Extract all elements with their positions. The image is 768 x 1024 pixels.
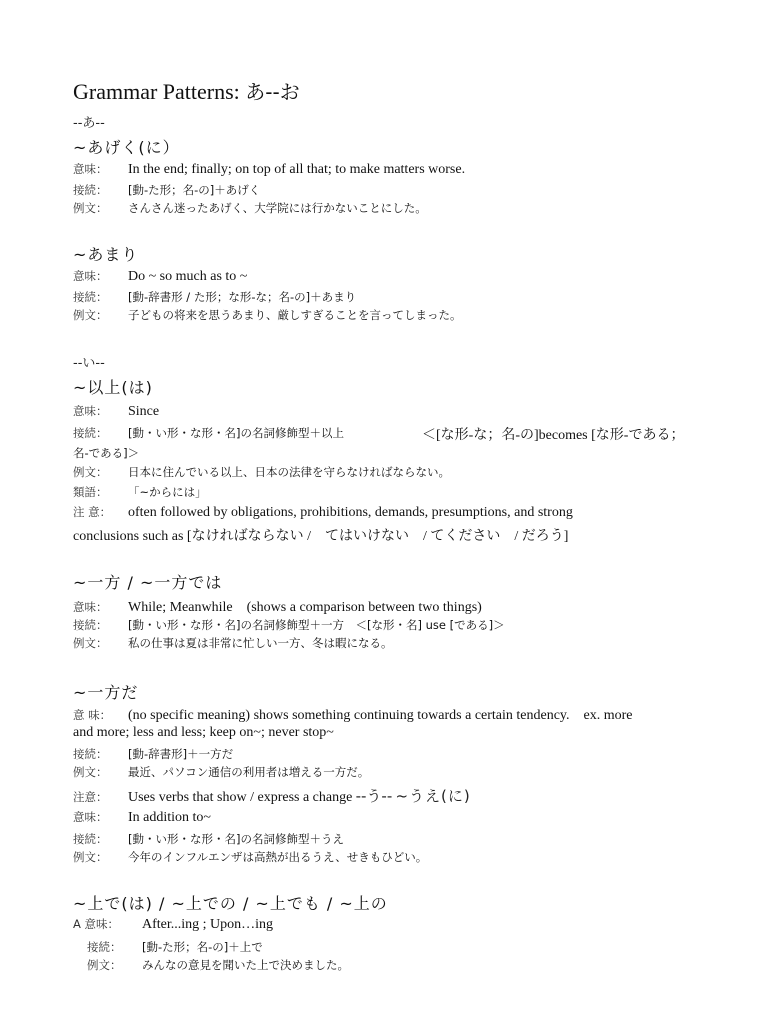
example-label: 例文： (73, 307, 128, 323)
meaning-row: A 意味：After...ing ; Upon…ing (73, 916, 273, 933)
document-page: Grammar Patterns: あ--お --あ-- ~あげく(に） 意味：… (0, 0, 768, 1024)
note-row: 注 意：often followed by obligations, prohi… (73, 504, 573, 521)
connection-label: 接続： (73, 182, 128, 198)
connection-row: 接続：[動・い形・な形・名]の名詞修飾型＋うえ (73, 831, 344, 847)
meaning-label: 意味： (73, 403, 128, 419)
meaning-label: 意 味： (73, 707, 128, 723)
example-label: 例文： (73, 200, 128, 216)
note-label: 注 意： (73, 504, 128, 520)
page-title: Grammar Patterns: あ--お (73, 76, 300, 105)
connection-row: 接続：[動・い形・な形・名]の名詞修飾型＋以上 (73, 425, 344, 441)
connection-text: [動-た形；名-の]＋あげく (128, 183, 260, 197)
connection-text: [動・い形・な形・名]の名詞修飾型＋一方 ＜[な形・名] use [である]＞ (128, 618, 505, 632)
section-header-a: --あ-- (73, 112, 105, 131)
pattern-amari: ~あまり (73, 242, 138, 265)
example-label: 例文： (87, 957, 142, 973)
connection-label: 接続： (73, 746, 128, 762)
meaning-row: 意味：While; Meanwhile (shows a comparison … (73, 596, 482, 616)
example-label: 例文： (73, 464, 128, 480)
meaning-text: (no specific meaning) shows something co… (128, 708, 633, 723)
connection-label: 接続： (87, 939, 142, 955)
synonym-label: 類語： (73, 484, 128, 500)
note-label: 注意： (73, 789, 128, 805)
meaning-row: 意味：Since (73, 403, 159, 420)
meaning-text: Do ~ so much as to ~ (128, 269, 247, 284)
example-text: みんなの意見を聞いた上で決めました。 (142, 958, 349, 972)
connection-label: 接続： (73, 425, 128, 441)
example-row: 例文：みんなの意見を聞いた上で決めました。 (87, 957, 349, 973)
connection-row: 接続：[動-た形；名-の]＋上で (87, 939, 263, 955)
note-text: often followed by obligations, prohibiti… (128, 505, 573, 520)
meaning-row: 意味：Do ~ so much as to ~ (73, 268, 247, 285)
example-row: 例文：さんさん迷ったあげく、大学院には行かないことにした。 (73, 200, 427, 216)
meaning-text: In the end; finally; on top of all that;… (128, 162, 465, 177)
meaning-row: 意味：In addition to~ (73, 809, 211, 826)
meaning-label: A 意味： (73, 916, 142, 932)
connection-note-line1: ＜[な形-な；名-の]becomes [な形-である； (422, 428, 684, 443)
connection-label: 接続： (73, 831, 128, 847)
connection-label: 接続： (73, 289, 128, 305)
note-text: Uses verbs that show / express a change (128, 790, 352, 805)
section-header-u: --う-- (356, 787, 393, 805)
example-text: 日本に住んでいる以上、日本の法律を守らなければならない。 (128, 465, 450, 479)
meaning-text: Since (128, 404, 159, 419)
connection-label: 接続： (73, 617, 128, 633)
meaning-text: After...ing ; Upon…ing (142, 917, 273, 932)
connection-row: 接続：[動-辞書形]＋一方だ (73, 746, 233, 762)
meaning-label: 意味： (73, 268, 128, 284)
note-continuation: conclusions such as [なければならない / てはいけない /… (73, 525, 568, 545)
synonym-text: 「~からには」 (128, 485, 207, 499)
example-row: 例文：私の仕事は夏は非常に忙しい一方、冬は暇になる。 (73, 635, 393, 651)
pattern-ippouda: ~一方だ (73, 680, 138, 703)
connection-row: 接続：[動-た形；名-の]＋あげく (73, 182, 260, 198)
example-text: さんさん迷ったあげく、大学院には行かないことにした。 (128, 201, 427, 215)
connection-text: [動-辞書形 / た形；な形-な；名-の]＋あまり (128, 290, 356, 304)
example-row: 例文：最近、パソコン通信の利用者は増える一方だ。 (73, 764, 369, 780)
example-text: 最近、パソコン通信の利用者は増える一方だ。 (128, 765, 369, 779)
page-title-en: Grammar Patterns: (73, 79, 240, 104)
meaning-row: 意 味：(no specific meaning) shows somethin… (73, 704, 633, 724)
meaning-text: In addition to~ (128, 810, 211, 825)
pattern-ippou: ~一方 / ~一方では (73, 570, 222, 593)
meaning-label: 意味： (73, 809, 128, 825)
meaning-row: 意味：In the end; finally; on top of all th… (73, 161, 465, 178)
connection-text: [動-た形；名-の]＋上で (142, 940, 263, 954)
meaning-continuation: and more; less and less; keep on~; never… (73, 725, 334, 741)
meaning-text: While; Meanwhile (shows a comparison bet… (128, 600, 482, 615)
meaning-label: 意味： (73, 599, 128, 615)
synonym-row: 類語：「~からには」 (73, 484, 207, 500)
example-text: 私の仕事は夏は非常に忙しい一方、冬は暇になる。 (128, 636, 393, 650)
example-label: 例文： (73, 764, 128, 780)
connection-note-line2: 名-である]＞ (73, 446, 139, 460)
example-text: 今年のインフルエンザは高熱が出るうえ、せきもひどい。 (128, 850, 427, 864)
connection-text: [動・い形・な形・名]の名詞修飾型＋以上 (128, 426, 344, 440)
example-text: 子どもの将来を思うあまり、厳しすぎることを言ってしまった。 (128, 308, 462, 322)
pattern-uede: ~上で(は) / ~上での / ~上でも / ~上の (73, 891, 388, 914)
section-header-i: --い-- (73, 352, 105, 371)
page-title-jp: あ--お (245, 80, 299, 104)
connection-row: 接続：[動・い形・な形・名]の名詞修飾型＋一方 ＜[な形・名] use [である… (73, 617, 505, 633)
connection-row: 接続：[動-辞書形 / た形；な形-な；名-の]＋あまり (73, 289, 356, 305)
pattern-ijou: ~以上(は) (73, 375, 153, 398)
connection-text: [動・い形・な形・名]の名詞修飾型＋うえ (128, 832, 344, 846)
connection-note: ＜[な形-な；名-の]becomes [な形-である； (422, 424, 684, 444)
connection-text: [動-辞書形]＋一方だ (128, 747, 233, 761)
example-row: 例文：子どもの将来を思うあまり、厳しすぎることを言ってしまった。 (73, 307, 462, 323)
pattern-ageku: ~あげく(に） (73, 135, 180, 158)
meaning-label: 意味： (73, 161, 128, 177)
example-label: 例文： (73, 635, 128, 651)
connection-note-continuation: 名-である]＞ (73, 445, 139, 461)
example-label: 例文： (73, 849, 128, 865)
example-row: 例文：日本に住んでいる以上、日本の法律を守らなければならない。 (73, 464, 450, 480)
note-row: 注意：Uses verbs that show / express a chan… (73, 785, 471, 806)
pattern-ue: ~うえ(に) (395, 787, 470, 805)
example-row: 例文：今年のインフルエンザは高熱が出るうえ、せきもひどい。 (73, 849, 427, 865)
